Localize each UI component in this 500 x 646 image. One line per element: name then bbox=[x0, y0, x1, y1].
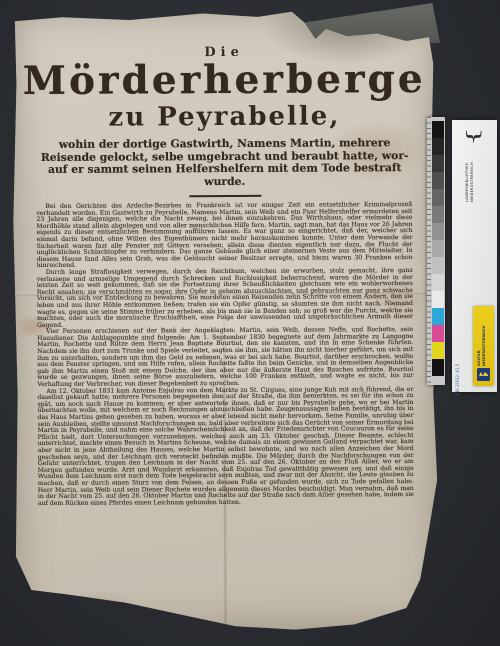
calibration-patch bbox=[432, 342, 444, 359]
calibration-patch bbox=[432, 325, 444, 342]
paragraph: Vier Personen erschienen auf der Bank de… bbox=[37, 327, 413, 388]
calibration-patch bbox=[432, 308, 444, 325]
subtitle: wohin der dortige Gastwirth, Namens Mart… bbox=[12, 137, 437, 190]
broadside-paper: Die Mörderherberge zu Peyrabelle, wohin … bbox=[11, 8, 439, 631]
yellow-label-text: KULTUR NIEDERÖSTERREICH bbox=[477, 310, 487, 366]
calibration-patch bbox=[432, 257, 444, 274]
calibration-ruler-strip bbox=[427, 117, 445, 385]
calibration-patch bbox=[432, 291, 444, 308]
subtitle-line: wurde. bbox=[12, 175, 437, 190]
body-text: Bei den Gerichten des Ardeche-Bezirkes i… bbox=[36, 202, 414, 507]
paragraph: Bei den Gerichten des Ardeche-Bezirkes i… bbox=[36, 202, 412, 270]
calibration-patch bbox=[432, 121, 444, 138]
ruler-ticks bbox=[427, 117, 431, 385]
calibration-patch bbox=[432, 138, 444, 155]
title-block: Die Mörderherberge zu Peyrabelle, wohin … bbox=[11, 8, 437, 199]
calibration-card: } LANDESBIBLIOTHEK NIEDERÖSTERREICH FB-2… bbox=[452, 120, 497, 392]
calibration-patch bbox=[432, 189, 444, 206]
title-rule-divider bbox=[189, 195, 261, 197]
paragraph: Am 12. Oktober 1831 kam Antoine Enjolras… bbox=[37, 387, 414, 508]
calibration-patch bbox=[432, 206, 444, 223]
card-inventory-label: FB-2002-415 bbox=[456, 315, 461, 395]
calibration-patch bbox=[432, 223, 444, 240]
calibration-patch bbox=[432, 274, 444, 291]
yellow-archive-label: KULTUR NIEDERÖSTERREICH bbox=[473, 306, 494, 386]
title-place: zu Peyrabelle, bbox=[12, 103, 437, 131]
page-title: Mörderherberge bbox=[12, 60, 437, 101]
calibration-patch-column bbox=[432, 121, 444, 376]
photo-stage: Die Mörderherberge zu Peyrabelle, wohin … bbox=[0, 0, 500, 646]
calibration-patch bbox=[432, 172, 444, 189]
calibration-patch bbox=[432, 359, 444, 376]
handwritten-pen-mark bbox=[26, 592, 38, 603]
paragraph: Durch lange Straflosigkeit verwegen, dur… bbox=[37, 268, 413, 329]
calibration-patch bbox=[432, 155, 444, 172]
card-shelfmark-label: LANDESBIBLIOTHEK NIEDERÖSTERREICH bbox=[465, 142, 475, 202]
calibration-patch bbox=[432, 240, 444, 257]
archive-logo-icon bbox=[477, 368, 490, 381]
